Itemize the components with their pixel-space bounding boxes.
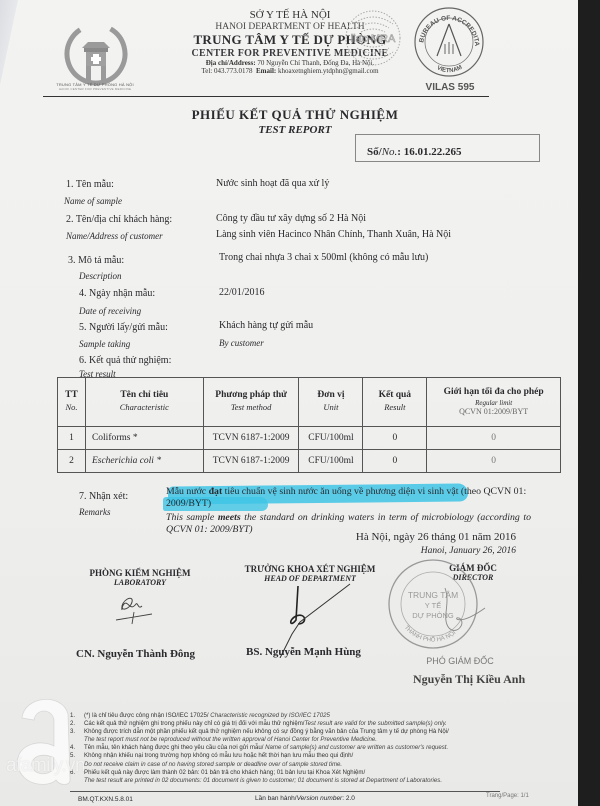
field-customer-value: Công ty đầu tư xây dựng số 2 Hà Nội xyxy=(216,214,366,224)
field-sample-name-label-en: Name of sample xyxy=(64,197,122,206)
col-header-no: TTNo. xyxy=(58,378,86,427)
logo-caption: TRUNG TÂM Y TẾ DỰ PHÒNG HÀ NỘI HANOI CEN… xyxy=(40,82,150,91)
footnote-text: Không nhận khiếu nại trong trường hợp kh… xyxy=(84,752,353,760)
issue-date-vi: Hà Nội, ngày 26 tháng 01 năm 2016 xyxy=(356,531,516,543)
vilas-number: VILAS 595 xyxy=(415,82,485,93)
footnote-text: Các kết quả thử nghiệm ghi trong phiếu n… xyxy=(84,720,447,728)
field-sample-name-value: Nước sinh hoạt đã qua xử lý xyxy=(216,179,329,189)
field-customer-address: Làng sinh viên Hacinco Nhân Chính, Thanh… xyxy=(216,230,451,240)
lab-title: PHÒNG KIỂM NGHIỆM xyxy=(80,568,200,578)
remarks-text-vi: Mẫu nước đạt tiêu chuẩn vệ sinh nước ăn … xyxy=(166,486,531,509)
report-title: PHIẾU KẾT QUẢ THỬ NGHIỆM TEST REPORT xyxy=(100,107,490,136)
footnote-item: 2.Các kết quả thử nghiệm ghi trong phiếu… xyxy=(70,720,570,728)
field-description-label: 3. Mô tả mẫu: xyxy=(68,256,124,266)
svg-text:DỰ PHÒNG: DỰ PHÒNG xyxy=(412,611,454,620)
issue-date-en: Hanoi, January 26, 2016 xyxy=(421,546,516,556)
official-stamp-icon: TRUNG TÂM Y TẾ DỰ PHÒNG THÀNH PHỐ HÀ NỘI xyxy=(387,558,487,654)
table-row: 1Coliforms *TCVN 6187-1:2009CFU/100ml00 xyxy=(58,427,561,450)
address-label: Địa chỉ/Address: xyxy=(206,59,256,67)
cell-characteristic: Coliforms * xyxy=(85,427,203,450)
table-header-row: TTNo. Tên chỉ tiêuCharacteristic Phương … xyxy=(58,378,561,427)
footnote-item: 6.Phiếu kết quả này được làm thành 02 bả… xyxy=(70,769,570,777)
footnote-text: Phiếu kết quả này được làm thành 02 bản:… xyxy=(84,769,365,777)
cell-characteristic: Escherichia coli * xyxy=(85,450,203,473)
field-customer-label-en: Name/Address of customer xyxy=(66,232,163,241)
col-header-limit: Giới hạn tối đa cho phépRegular limitQCV… xyxy=(427,378,561,427)
field-description-value: Trong chai nhựa 3 chai x 500ml (không có… xyxy=(219,253,428,263)
page-number: Trang/Page: 1/1 xyxy=(486,793,529,799)
lab-title-en: LABORATORY xyxy=(80,578,200,587)
center-logo-icon xyxy=(64,22,128,86)
cell-unit: CFU/100ml xyxy=(299,427,363,450)
field-sample-taking-label: 5. Người lấy/gửi mẫu: xyxy=(79,323,168,333)
field-sample-taking-value-en: By customer xyxy=(219,339,264,348)
lab-signer-name: CN. Nguyễn Thành Đông xyxy=(76,648,195,660)
remarks-label: 7. Nhận xét: xyxy=(79,492,128,502)
cell-limit: 0 xyxy=(427,450,561,473)
cell-no: 1 xyxy=(58,427,86,450)
svg-text:TRUNG TÂM: TRUNG TÂM xyxy=(408,590,458,600)
test-results-table: TTNo. Tên chỉ tiêuCharacteristic Phương … xyxy=(57,377,561,473)
cell-test-method: TCVN 6187-1:2009 xyxy=(203,450,299,473)
field-sample-taking-label-en: Sample taking xyxy=(79,340,130,349)
watermark-text: afamily.vn xyxy=(6,755,85,777)
svg-text:ilac-MRA: ilac-MRA xyxy=(351,33,396,45)
footnote-text: Tên mẫu, tên khách hàng được ghi theo yê… xyxy=(84,744,448,752)
remarks-label-en: Remarks xyxy=(79,508,111,517)
field-description-label-en: Description xyxy=(79,272,122,281)
cell-result: 0 xyxy=(363,450,427,473)
afamily-watermark-icon xyxy=(8,688,88,798)
director-signer-name: Nguyễn Thị Kiều Anh xyxy=(413,672,525,687)
report-number-label-en: No. xyxy=(382,146,398,158)
lab-signature-block: PHÒNG KIỂM NGHIỆM LABORATORY xyxy=(80,568,200,587)
col-header-characteristic: Tên chỉ tiêuCharacteristic xyxy=(85,378,203,427)
report-number-value: 16.01.22.265 xyxy=(404,146,462,158)
field-sample-taking-value: Khách hàng tự gửi mẫu xyxy=(219,321,313,331)
vice-director-title: PHÓ GIÁM ĐỐC xyxy=(405,656,515,666)
svg-text:Y TẾ: Y TẾ xyxy=(425,600,441,610)
email-label: Email: xyxy=(256,67,276,75)
footnote-text: The test report must not be reproduced w… xyxy=(84,736,377,744)
footnote-item: 5.Không nhận khiếu nại trong trường hợp … xyxy=(70,752,570,760)
field-received-date-label-en: Date of receiving xyxy=(79,307,141,316)
footnote-item: 3.Không được trích dẫn một phần phiếu kế… xyxy=(70,728,570,736)
report-number-label-vi: Số/ xyxy=(367,146,382,158)
footnote-item: The test report must not be reproduced w… xyxy=(70,736,570,744)
test-report-page: TRUNG TÂM Y TẾ DỰ PHÒNG HÀ NỘI HANOI CEN… xyxy=(0,0,578,806)
col-header-unit: Đơn vịUnit xyxy=(299,378,363,427)
field-received-date-label: 4. Ngày nhận mẫu: xyxy=(79,289,155,299)
header-divider xyxy=(43,96,489,97)
lab-signature-icon xyxy=(112,592,160,626)
footnote-text: The test result are printed in 02 docume… xyxy=(84,777,442,785)
field-sample-name-label: 1. Tên mẫu: xyxy=(66,180,114,190)
cell-limit: 0 xyxy=(427,427,561,450)
report-title-vi: PHIẾU KẾT QUẢ THỬ NGHIỆM xyxy=(100,107,490,123)
svg-text:BUREAU OF ACCREDITATION: BUREAU OF ACCREDITATION xyxy=(413,6,480,47)
footnote-item: 4.Tên mẫu, tên khách hàng được ghi theo … xyxy=(70,744,570,752)
tel-value: 043.773.0178 xyxy=(214,67,253,75)
footnote-text: Do not receive claim in case of no havin… xyxy=(84,761,342,769)
col-header-result: Kết quảResult xyxy=(363,378,427,427)
field-customer-label: 2. Tên/địa chỉ khách hàng: xyxy=(66,215,172,225)
footnote-text: Không được trích dẫn một phần phiếu kết … xyxy=(84,728,449,736)
footnote-item: The test result are printed in 02 docume… xyxy=(70,777,570,785)
logo-caption-en: HANOI CENTER FOR PREVENTIVE MEDICINE xyxy=(40,87,150,91)
cell-unit: CFU/100ml xyxy=(299,450,363,473)
ilac-mra-logo-icon: ilac-MRA xyxy=(343,6,403,74)
head-signer-name: BS. Nguyễn Mạnh Hùng xyxy=(246,646,361,658)
footnote-item: 1.(*) là chỉ tiêu được công nhận ISO/IEC… xyxy=(70,712,570,720)
field-received-date-value: 22/01/2016 xyxy=(219,288,265,298)
footnotes: 1.(*) là chỉ tiêu được công nhận ISO/IEC… xyxy=(70,712,570,785)
head-title: TRƯỞNG KHOA XÉT NGHIỆM xyxy=(235,564,385,574)
report-number: Số/No.: 16.01.22.265 xyxy=(367,146,461,158)
cell-result: 0 xyxy=(363,427,427,450)
version-number: Lần ban hành/Version number: 2.0 xyxy=(255,795,355,802)
table-row: 2Escherichia coli *TCVN 6187-1:2009CFU/1… xyxy=(58,450,561,473)
cell-test-method: TCVN 6187-1:2009 xyxy=(203,427,299,450)
footnote-text: (*) là chỉ tiêu được công nhận ISO/IEC 1… xyxy=(84,712,330,720)
tel-label: Tel: xyxy=(201,67,212,75)
paper-fold-shadow xyxy=(0,0,20,95)
field-test-result-label: 6. Kết quả thử nghiệm: xyxy=(79,356,171,366)
footnote-item: Do not receive claim in case of no havin… xyxy=(70,761,570,769)
cell-no: 2 xyxy=(58,450,86,473)
bureau-of-accreditation-seal-icon: BUREAU OF ACCREDITATION VIETNAM xyxy=(413,6,485,78)
col-header-method: Phương pháp thửTest method xyxy=(203,378,299,427)
footer-divider xyxy=(70,791,500,792)
